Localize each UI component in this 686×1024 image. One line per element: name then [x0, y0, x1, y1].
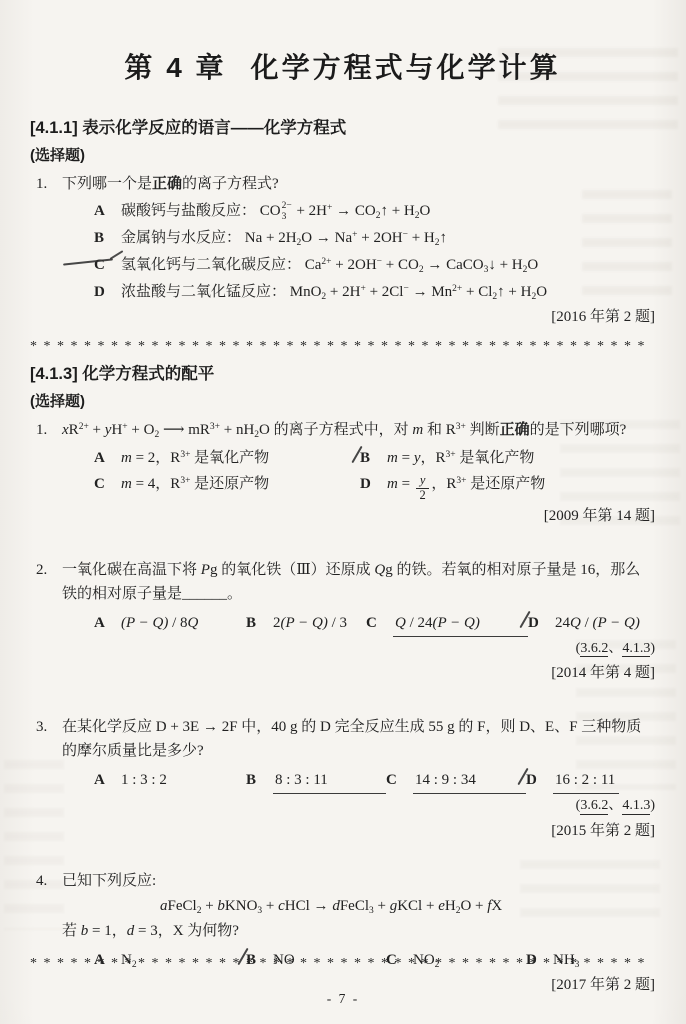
option-letter: B: [360, 446, 370, 470]
question-stem: 在某化学反应 D + 3E → 2F 中，40 g 的 D 完全反应生成 55 …: [62, 715, 655, 763]
crossref-links: (3.6.2、4.1.3): [30, 638, 655, 660]
asterisk-divider-top: * * * * * * * * * * * * * * * * * * * * …: [30, 336, 655, 358]
option-letter: A: [94, 446, 105, 470]
question-type-label: (选择题): [30, 144, 655, 168]
option-a: A (P − Q) / 8Q: [94, 611, 246, 637]
option-text: 碳酸钙与盐酸反应： CO2−3 + 2H+ → CO2↑ + H2O: [121, 199, 655, 223]
option-text: 浓盐酸与二氧化锰反应： MnO2 + 2H+ + 2Cl− → Mn2+ + C…: [121, 280, 655, 304]
chemical-equation: aFeCl2 + bKNO3 + cHCl → dFeCl3 + gKCl + …: [30, 894, 655, 918]
option-text: 1 : 3 : 2: [121, 768, 246, 792]
option-row-d: D m = y2，R3+ 是还原产物: [360, 472, 655, 503]
option-grid: A m = 2，R3+ 是氧化产物 B m = y，R3+ 是氧化产物 C m …: [30, 446, 655, 503]
question-stem-condition: 若 b = 1，d = 3，X 为何物?: [30, 919, 655, 943]
question-source: [2014 年第 4 题]: [30, 661, 655, 685]
option-row-b: B 金属钠与水反应： Na + 2H2O → Na+ + 2OH− + H2↑: [30, 226, 655, 250]
option-letter: D: [360, 472, 371, 496]
option-letter: C: [366, 611, 377, 635]
question-source: [2015 年第 2 题]: [30, 819, 655, 843]
question-stem: xR2+ + yH+ + O2 ⟶ mR3+ + nH2O 的离子方程式中，对 …: [62, 418, 655, 442]
question-source: [2009 年第 14 题]: [30, 504, 655, 528]
question-number: 1.: [30, 418, 62, 442]
option-text: 金属钠与水反应： Na + 2H2O → Na+ + 2OH− + H2↑: [121, 226, 655, 250]
question-stem: 一氧化碳在高温下将 Pg 的氧化铁（Ⅲ）还原成 Qg 的铁。若氧的相对原子量是 …: [62, 558, 655, 606]
option-b: B 2(P − Q) / 3: [246, 611, 366, 637]
option-row-a: A m = 2，R3+ 是氧化产物: [94, 446, 360, 470]
question-stem: 下列哪一个是正确的离子方程式?: [62, 172, 655, 196]
question-number: 3.: [30, 715, 62, 739]
crossref-links: (3.6.2、4.1.3): [30, 795, 655, 817]
option-row-a: A 碳酸钙与盐酸反应： CO2−3 + 2H+ → CO2↑ + H2O: [30, 199, 655, 223]
option-text: 24Q / (P − Q): [555, 611, 640, 635]
option-b: B 8 : 3 : 11: [246, 768, 386, 794]
option-a: A 1 : 3 : 2: [94, 768, 246, 794]
option-c: C 14 : 9 : 34: [386, 768, 526, 794]
page-content: 第 4 章 化学方程式与化学计算 [4.1.1] 表示化学反应的语言——化学方程…: [30, 0, 655, 997]
option-text: 2(P − Q) / 3: [273, 611, 366, 635]
option-text-underlined: 8 : 3 : 11: [273, 768, 386, 794]
option-letter: C: [94, 472, 105, 496]
option-text: m = y，R3+ 是氧化产物: [387, 446, 655, 470]
question-3-4-1-3: 3. 在某化学反应 D + 3E → 2F 中，40 g 的 D 完全反应生成 …: [30, 715, 655, 842]
option-letter: D: [94, 280, 105, 304]
section-heading-4-1-1: [4.1.1] 表示化学反应的语言——化学方程式: [30, 117, 655, 141]
chapter-name: 化学方程式与化学计算: [251, 50, 561, 85]
option-text: m = y2，R3+ 是还原产物: [387, 472, 655, 503]
question-4-4-1-3: 4. 已知下列反应: aFeCl2 + bKNO3 + cHCl → dFeCl…: [30, 869, 655, 997]
option-letter: C: [94, 253, 105, 277]
question-stem-intro: 已知下列反应:: [62, 869, 655, 893]
question-number: 4.: [30, 869, 62, 893]
option-row: A (P − Q) / 8Q B 2(P − Q) / 3 C Q / 24(P…: [30, 611, 655, 637]
scanned-document-page: 第 4 章 化学方程式与化学计算 [4.1.1] 表示化学反应的语言——化学方程…: [0, 0, 686, 1024]
option-c: C Q / 24(P − Q): [366, 611, 528, 637]
option-letter: D: [526, 768, 537, 792]
option-letter: D: [528, 611, 539, 635]
option-letter: A: [94, 199, 105, 223]
option-text: 氢氧化钙与二氧化碳反应： Ca2+ + 2OH− + CO2 → CaCO3↓ …: [121, 253, 655, 277]
option-letter: B: [246, 768, 256, 792]
option-letter: A: [94, 611, 105, 635]
pen-strike-mark: [63, 258, 113, 265]
option-d: D 16 : 2 : 11: [526, 768, 619, 794]
question-number: 2.: [30, 558, 62, 582]
asterisk-divider-bottom: * * * * * * * * * * * * * * * * * * * * …: [30, 953, 655, 975]
question-number: 1.: [30, 172, 62, 196]
option-letter: A: [94, 768, 105, 792]
option-text-underlined: 16 : 2 : 11: [553, 768, 619, 794]
option-text: m = 4，R3+ 是还原产物: [121, 472, 360, 496]
option-row: A 1 : 3 : 2 B 8 : 3 : 11 C 14 : 9 : 34 D…: [30, 768, 655, 794]
chapter-number: 第 4 章: [124, 50, 226, 85]
option-d: D 24Q / (P − Q): [528, 611, 640, 637]
section-heading-4-1-3: [4.1.3] 化学方程式的配平: [30, 363, 655, 387]
option-text-underlined: 14 : 9 : 34: [413, 768, 526, 794]
option-text: (P − Q) / 8Q: [121, 611, 246, 635]
question-type-label: (选择题): [30, 390, 655, 414]
option-row-c: C m = 4，R3+ 是还原产物: [94, 472, 360, 503]
option-text: m = 2，R3+ 是氧化产物: [121, 446, 360, 470]
option-text-underlined: Q / 24(P − Q): [393, 611, 528, 637]
option-list: A 碳酸钙与盐酸反应： CO2−3 + 2H+ → CO2↑ + H2O B 金…: [30, 199, 655, 304]
question-2-4-1-3: 2. 一氧化碳在高温下将 Pg 的氧化铁（Ⅲ）还原成 Qg 的铁。若氧的相对原子…: [30, 558, 655, 685]
option-letter: B: [246, 611, 256, 635]
option-letter: B: [94, 226, 104, 250]
option-row-d: D 浓盐酸与二氧化锰反应： MnO2 + 2H+ + 2Cl− → Mn2+ +…: [30, 280, 655, 304]
chapter-title: 第 4 章 化学方程式与化学计算: [30, 50, 655, 85]
question-1-4-1-1: 1. 下列哪一个是正确的离子方程式? A 碳酸钙与盐酸反应： CO2−3 + 2…: [30, 172, 655, 329]
option-letter: C: [386, 768, 397, 792]
question-1-4-1-3: 1. xR2+ + yH+ + O2 ⟶ mR3+ + nH2O 的离子方程式中…: [30, 418, 655, 528]
option-row-c: C 氢氧化钙与二氧化碳反应： Ca2+ + 2OH− + CO2 → CaCO3…: [30, 253, 655, 277]
option-row-b: B m = y，R3+ 是氧化产物: [360, 446, 655, 470]
page-number: - 7 -: [0, 988, 686, 1010]
question-source: [2016 年第 2 题]: [30, 305, 655, 329]
